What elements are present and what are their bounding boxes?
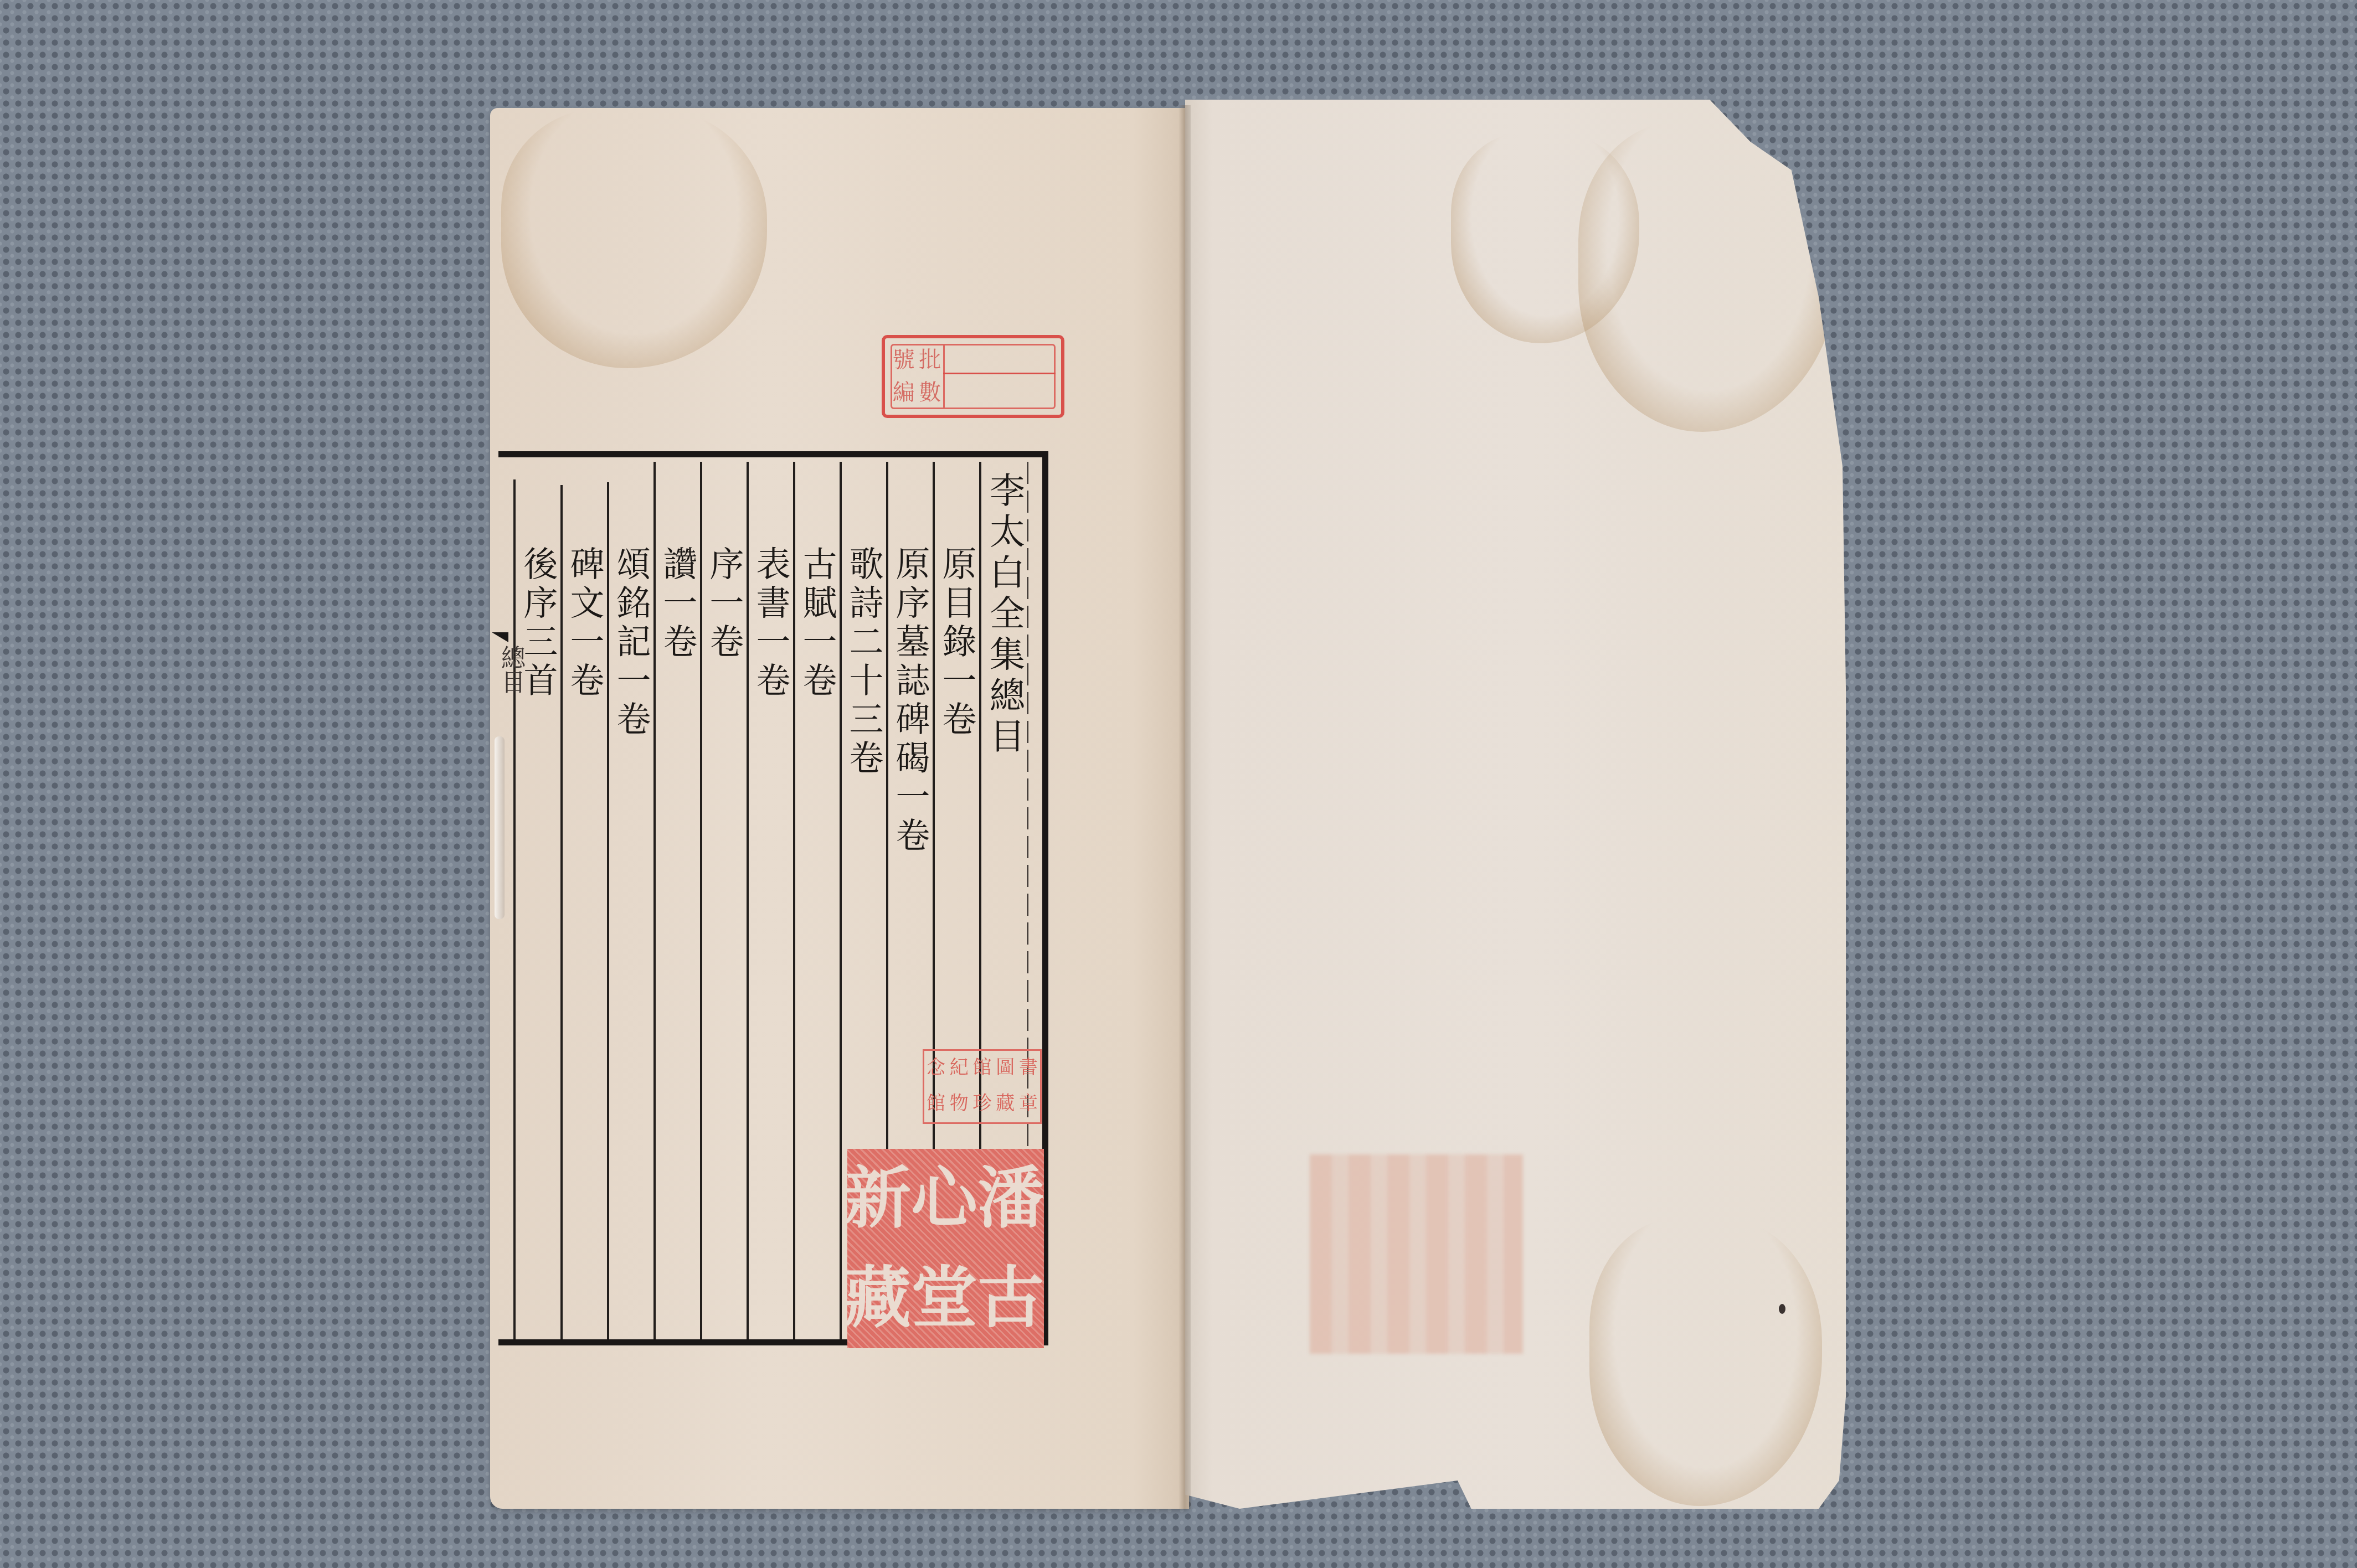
seal-char: 數 [917,376,944,409]
right-page [1185,100,1866,1509]
collection-number-seal: 號 批 編 數 [882,335,1064,418]
seal-char: 珍 [971,1087,994,1123]
seal-char: 藏 [845,1249,911,1348]
toc-entry: 讚一卷 [658,546,697,662]
seal-char: 號 [891,344,917,376]
museum-collection-seal: 書 圖 館 紀 念 章 藏 珍 物 館 [923,1049,1042,1124]
toc-entry: 古賦一卷 [797,546,836,701]
column-rule [840,462,842,1339]
column-rule [653,462,656,1339]
margin-label: 總目 [493,645,528,694]
seal-field-divider [943,373,1056,374]
seal-char: 館 [924,1087,948,1123]
seal-char: 新 [845,1149,911,1249]
ink-spot [1779,1304,1785,1314]
seal-char: 心 [911,1149,977,1249]
toc-entry: 原目錄一卷 [937,546,976,740]
toc-entry: 表書一卷 [751,546,790,701]
seal-char: 館 [971,1051,994,1087]
seal-char: 物 [948,1087,971,1123]
collector-seal-large: 潘 心 新 古 堂 藏 [847,1149,1044,1348]
column-rule [607,482,609,1339]
book-title: 李太白全集總目 [985,472,1023,759]
toc-entry: 序一卷 [704,546,743,662]
seal-char: 潘 [977,1149,1044,1249]
toc-entry: 碑文一卷 [565,546,604,701]
water-stain-bottom-right [1589,1218,1822,1506]
column-rule [793,462,795,1339]
seal-char: 圖 [994,1051,1017,1087]
seal-char: 堂 [911,1249,977,1348]
ghost-seal-show-through [1310,1154,1523,1354]
column-rule [513,479,516,1339]
column-rule [560,485,563,1339]
seal-char: 書 [1017,1051,1040,1087]
seal-char: 批 [917,344,944,376]
seal-char: 編 [891,376,917,409]
book-gutter [1179,105,1191,1509]
water-stain-top-left [501,108,767,368]
seal-char: 古 [977,1249,1044,1348]
seal-label-cell: 號 批 編 數 [891,344,945,409]
seal-char: 紀 [948,1051,971,1087]
seal-char: 藏 [994,1087,1017,1123]
column-rule [747,462,749,1339]
seal-char: 念 [924,1051,948,1087]
toc-entry: 頌銘記一卷 [611,546,650,740]
seal-char: 章 [1017,1087,1040,1123]
toc-entry: 歌詩二十三卷 [844,546,883,778]
toc-entry: 原序墓誌碑碣一卷 [891,546,929,856]
column-rule [700,462,702,1339]
